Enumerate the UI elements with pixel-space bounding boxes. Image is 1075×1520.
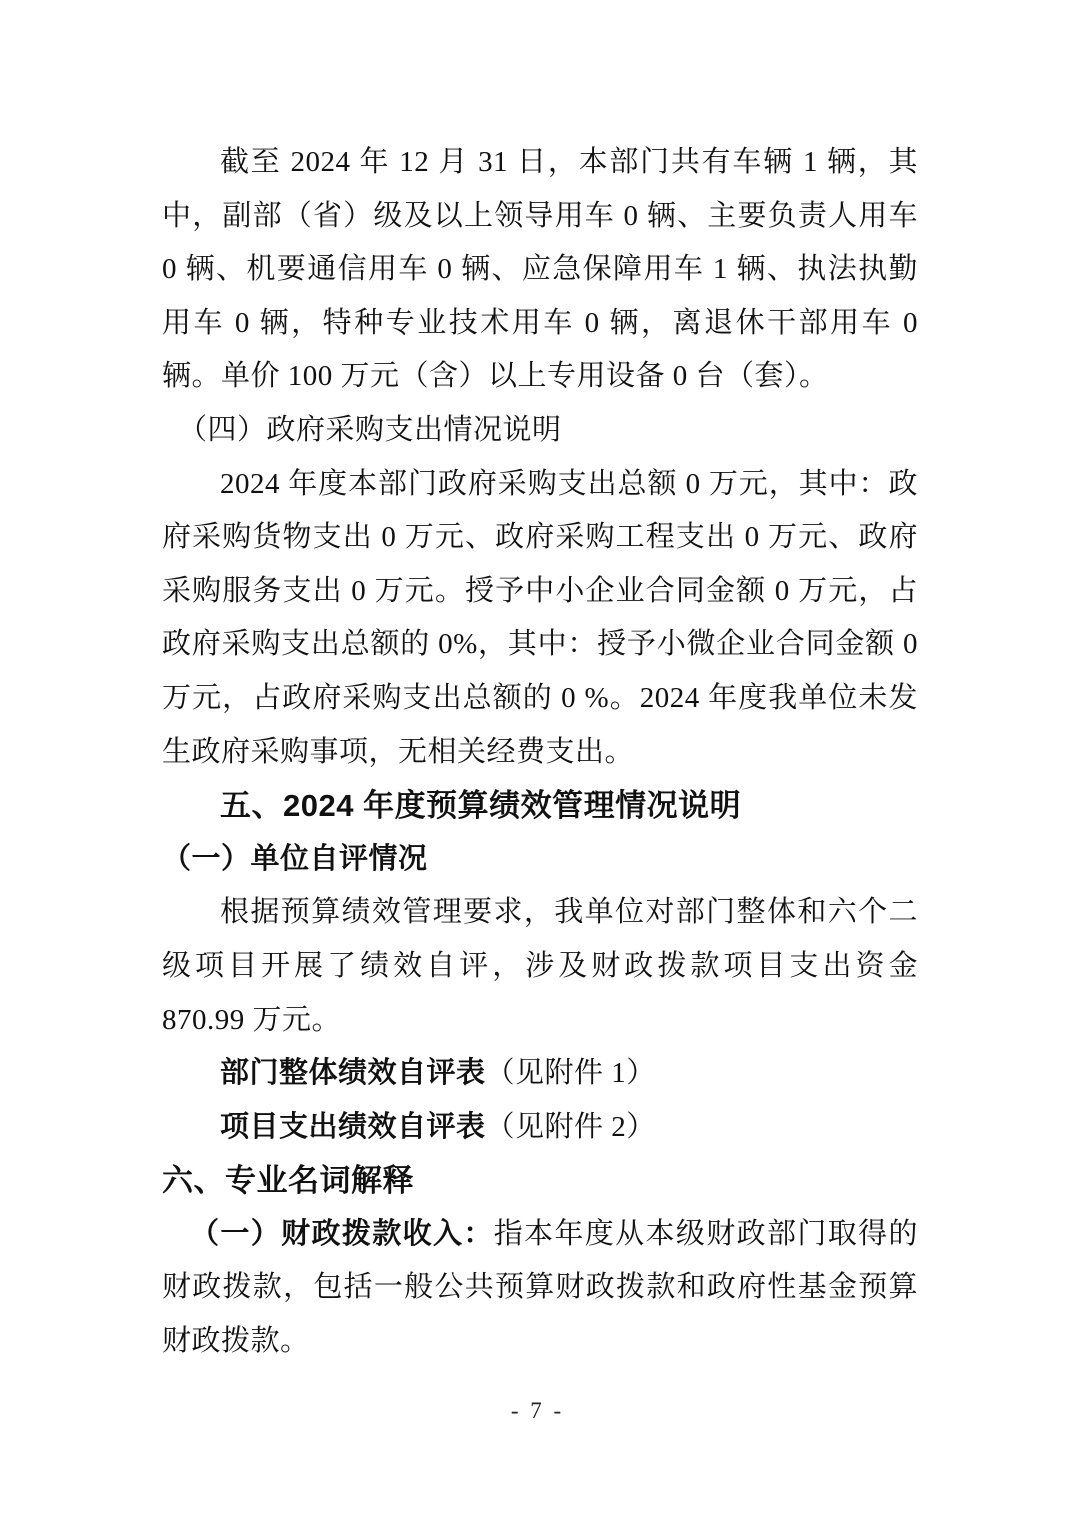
heading-section5-budget-performance: 五、2024 年度预算绩效管理情况说明 — [162, 779, 918, 833]
attachment1-title: 部门整体绩效自评表 — [220, 1057, 486, 1089]
page-number: - 7 - — [0, 1398, 1075, 1424]
heading-unit-self-evaluation: （一）单位自评情况 — [162, 833, 918, 887]
attachment-line-1: 部门整体绩效自评表（见附件 1） — [162, 1047, 918, 1101]
attachment1-reference: （见附件 1） — [486, 1057, 656, 1089]
paragraph-self-evaluation: 根据预算绩效管理要求，我单位对部门整体和六个二级项目开展了绩效自评，涉及财政拨款… — [162, 886, 918, 1047]
document-body: 截至 2024 年 12 月 31 日，本部门共有车辆 1 辆，其中，副部（省）… — [162, 136, 918, 1369]
attachment2-reference: （见附件 2） — [486, 1111, 656, 1143]
attachment2-title: 项目支出绩效自评表 — [220, 1111, 486, 1143]
document-page: 截至 2024 年 12 月 31 日，本部门共有车辆 1 辆，其中，副部（省）… — [0, 0, 1075, 1520]
paragraph-vehicle-summary: 截至 2024 年 12 月 31 日，本部门共有车辆 1 辆，其中，副部（省）… — [162, 136, 918, 404]
term-definition-line: （一）财政拨款收入：指本年度从本级财政部门取得的财政拨款，包括一般公共预算财政拨… — [162, 1208, 918, 1369]
heading-procurement-section: （四）政府采购支出情况说明 — [162, 404, 918, 458]
attachment-line-2: 项目支出绩效自评表（见附件 2） — [162, 1101, 918, 1155]
paragraph-procurement-detail: 2024 年度本部门政府采购支出总额 0 万元，其中：政府采购货物支出 0 万元… — [162, 458, 918, 780]
term1-name: （一）财政拨款收入： — [190, 1218, 494, 1250]
heading-section6-terminology: 六、专业名词解释 — [162, 1154, 918, 1208]
